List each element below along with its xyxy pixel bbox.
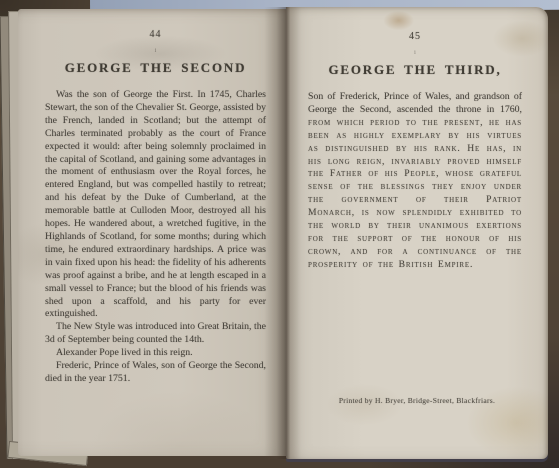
chapter-heading-george-third: GEORGE THE THIRD, [308,62,522,78]
paragraph-george-third-intro: Son of Frederick, Prince of Wales, and g… [308,91,522,115]
page-number-left: 44 [45,29,266,40]
book-photo: 44 i GEORGE THE SECOND Was the son of Ge… [0,0,559,468]
right-page: 45 i GEORGE THE THIRD, Son of Frederick,… [286,7,548,459]
paragraph-george-third: Son of Frederick, Prince of Wales, and g… [308,91,522,272]
paragraph-frederic-prince: Frederic, Prince of Wales, son of George… [45,360,266,386]
paragraph-alexander-pope: Alexander Pope lived in this reign. [45,347,266,360]
ornament-mark-left: i [45,49,266,54]
paragraph-new-style: The New Style was introduced into Great … [45,321,266,347]
gutter-shadow [264,7,300,459]
page-number-right: 45 [308,31,522,42]
ornament-mark-right: i [308,51,522,56]
paragraph-george-second-main: Was the son of George the First. In 1745… [45,89,266,321]
printer-imprint: Printed by H. Bryer, Bridge-Street, Blac… [286,396,548,405]
chapter-heading-george-second: GEORGE THE SECOND [45,60,266,76]
paragraph-george-third-smallcaps: from which period to the present, he has… [308,117,522,270]
left-page: 44 i GEORGE THE SECOND Was the son of Ge… [18,9,286,456]
